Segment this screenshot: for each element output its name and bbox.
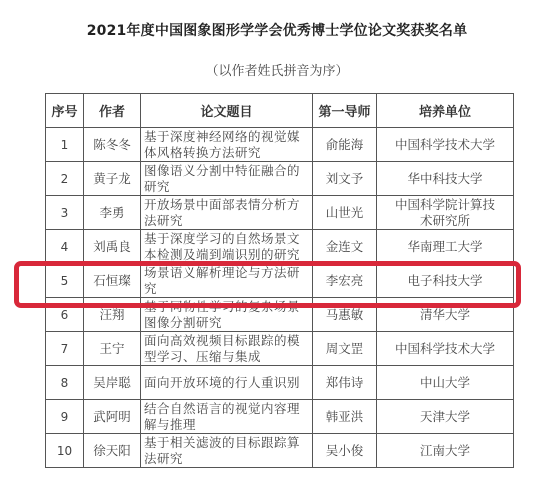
cell-institution: 中山大学	[377, 366, 514, 400]
award-table: 序号 作者 论文题目 第一导师 培养单位 1 陈冬冬 基于深度神经网络的视觉媒体…	[45, 93, 514, 468]
cell-no: 10	[46, 434, 84, 468]
cell-thesis: 基于深度学习的自然场景文本检测及端到端识别的研究	[141, 230, 313, 264]
cell-thesis: 场景语义解析理论与方法研究	[141, 264, 313, 298]
cell-advisor: 韩亚洪	[313, 400, 377, 434]
cell-no: 6	[46, 298, 84, 332]
cell-institution: 清华大学	[377, 298, 514, 332]
cell-advisor: 郑伟诗	[313, 366, 377, 400]
cell-author: 陈冬冬	[84, 128, 141, 162]
table-row: 2 黄子龙 图像语义分割中特征融合的研究 刘文予 华中科技大学	[46, 162, 514, 196]
table-header-row: 序号 作者 论文题目 第一导师 培养单位	[46, 94, 514, 128]
cell-author: 徐天阳	[84, 434, 141, 468]
cell-thesis: 基于相关滤波的目标跟踪算法研究	[141, 434, 313, 468]
cell-no: 8	[46, 366, 84, 400]
cell-author: 吴岸聪	[84, 366, 141, 400]
cell-advisor: 山世光	[313, 196, 377, 230]
cell-thesis: 图像语义分割中特征融合的研究	[141, 162, 313, 196]
cell-advisor: 刘文予	[313, 162, 377, 196]
document-subtitle: （以作者姓氏拼音为序）	[0, 60, 554, 79]
cell-no: 4	[46, 230, 84, 264]
cell-no: 5	[46, 264, 84, 298]
cell-advisor: 马惠敏	[313, 298, 377, 332]
cell-institution: 中国科学技术大学	[377, 332, 514, 366]
cell-author: 李勇	[84, 196, 141, 230]
table-row: 6 汪翔 基于同物性学习的复杂场景图像分割研究 马惠敏 清华大学	[46, 298, 514, 332]
cell-institution: 中国科学技术大学	[377, 128, 514, 162]
cell-thesis: 面向开放环境的行人重识别	[141, 366, 313, 400]
cell-author: 刘禹良	[84, 230, 141, 264]
cell-no: 1	[46, 128, 84, 162]
cell-advisor: 俞能海	[313, 128, 377, 162]
cell-no: 3	[46, 196, 84, 230]
cell-thesis: 基于同物性学习的复杂场景图像分割研究	[141, 298, 313, 332]
table-row: 4 刘禹良 基于深度学习的自然场景文本检测及端到端识别的研究 金连文 华南理工大…	[46, 230, 514, 264]
cell-institution: 江南大学	[377, 434, 514, 468]
cell-author: 石恒璨	[84, 264, 141, 298]
cell-author: 王宁	[84, 332, 141, 366]
table-row: 1 陈冬冬 基于深度神经网络的视觉媒体风格转换方法研究 俞能海 中国科学技术大学	[46, 128, 514, 162]
cell-advisor: 周文罡	[313, 332, 377, 366]
table-row: 10 徐天阳 基于相关滤波的目标跟踪算法研究 吴小俊 江南大学	[46, 434, 514, 468]
cell-thesis: 基于深度神经网络的视觉媒体风格转换方法研究	[141, 128, 313, 162]
cell-author: 武阿明	[84, 400, 141, 434]
header-thesis: 论文题目	[141, 94, 313, 128]
cell-institution: 华南理工大学	[377, 230, 514, 264]
table-row: 3 李勇 开放场景中面部表情分析方法研究 山世光 中国科学院计算技术研究所	[46, 196, 514, 230]
header-advisor: 第一导师	[313, 94, 377, 128]
header-no: 序号	[46, 94, 84, 128]
cell-advisor: 吴小俊	[313, 434, 377, 468]
cell-institution: 天津大学	[377, 400, 514, 434]
cell-no: 2	[46, 162, 84, 196]
cell-author: 黄子龙	[84, 162, 141, 196]
cell-author: 汪翔	[84, 298, 141, 332]
cell-advisor: 李宏亮	[313, 264, 377, 298]
cell-thesis: 开放场景中面部表情分析方法研究	[141, 196, 313, 230]
cell-institution: 电子科技大学	[377, 264, 514, 298]
cell-thesis: 面向高效视频目标跟踪的模型学习、压缩与集成	[141, 332, 313, 366]
cell-thesis: 结合自然语言的视觉内容理解与推理	[141, 400, 313, 434]
header-institution: 培养单位	[377, 94, 514, 128]
cell-no: 9	[46, 400, 84, 434]
cell-no: 7	[46, 332, 84, 366]
cell-institution: 中国科学院计算技术研究所	[377, 196, 514, 230]
document-title: 2021年度中国图象图形学学会优秀博士学位论文奖获奖名单	[0, 20, 554, 40]
header-author: 作者	[84, 94, 141, 128]
cell-institution: 华中科技大学	[377, 162, 514, 196]
cell-advisor: 金连文	[313, 230, 377, 264]
table-row: 7 王宁 面向高效视频目标跟踪的模型学习、压缩与集成 周文罡 中国科学技术大学	[46, 332, 514, 366]
table-row: 9 武阿明 结合自然语言的视觉内容理解与推理 韩亚洪 天津大学	[46, 400, 514, 434]
table-row: 8 吴岸聪 面向开放环境的行人重识别 郑伟诗 中山大学	[46, 366, 514, 400]
table-row-highlighted: 5 石恒璨 场景语义解析理论与方法研究 李宏亮 电子科技大学	[46, 264, 514, 298]
